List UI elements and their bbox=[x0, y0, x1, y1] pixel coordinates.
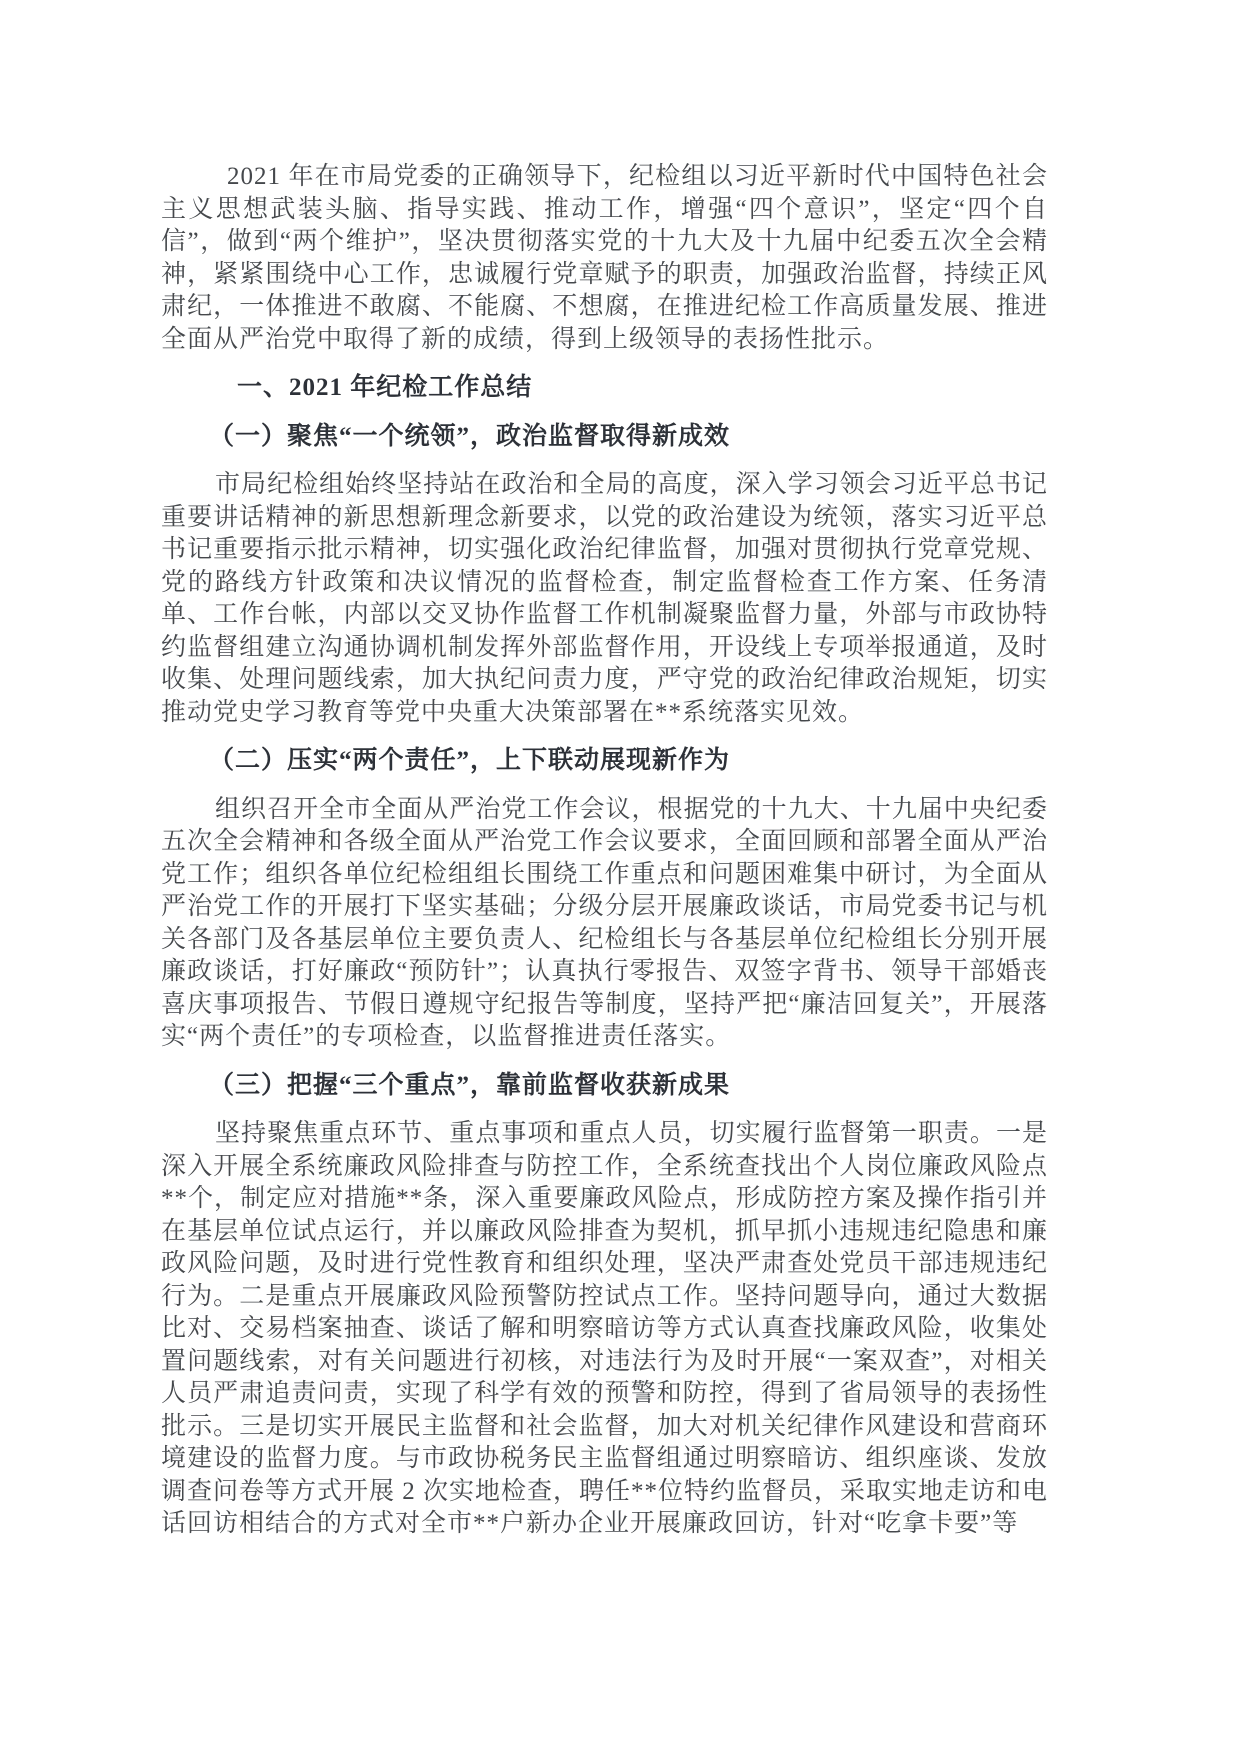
subsection-2-heading: （二）压实“两个责任”，上下联动展现新作为 bbox=[161, 745, 1048, 778]
intro-paragraph: 2021 年在市局党委的正确领导下，纪检组以习近平新时代中国特色社会主义思想武装… bbox=[161, 161, 1048, 356]
subsection-2-paragraph: 组织召开全市全面从严治党工作会议，根据党的十九大、十九届中央纪委五次全会精神和各… bbox=[161, 794, 1048, 1054]
section-1-heading: 一、2021 年纪检工作总结 bbox=[161, 372, 1048, 405]
subsection-3-paragraph: 坚持聚焦重点环节、重点事项和重点人员，切实履行监督第一职责。一是深入开展全系统廉… bbox=[161, 1118, 1048, 1541]
document-content: 2021 年在市局党委的正确领导下，纪检组以习近平新时代中国特色社会主义思想武装… bbox=[161, 161, 1048, 1541]
subsection-1-paragraph: 市局纪检组始终坚持站在政治和全局的高度，深入学习领会习近平总书记重要讲话精神的新… bbox=[161, 469, 1048, 729]
subsection-1-heading: （一）聚焦“一个统领”，政治监督取得新成效 bbox=[161, 421, 1048, 454]
document-page: 2021 年在市局党委的正确领导下，纪检组以习近平新时代中国特色社会主义思想武装… bbox=[0, 0, 1240, 1754]
subsection-3-heading: （三）把握“三个重点”，靠前监督收获新成果 bbox=[161, 1070, 1048, 1103]
